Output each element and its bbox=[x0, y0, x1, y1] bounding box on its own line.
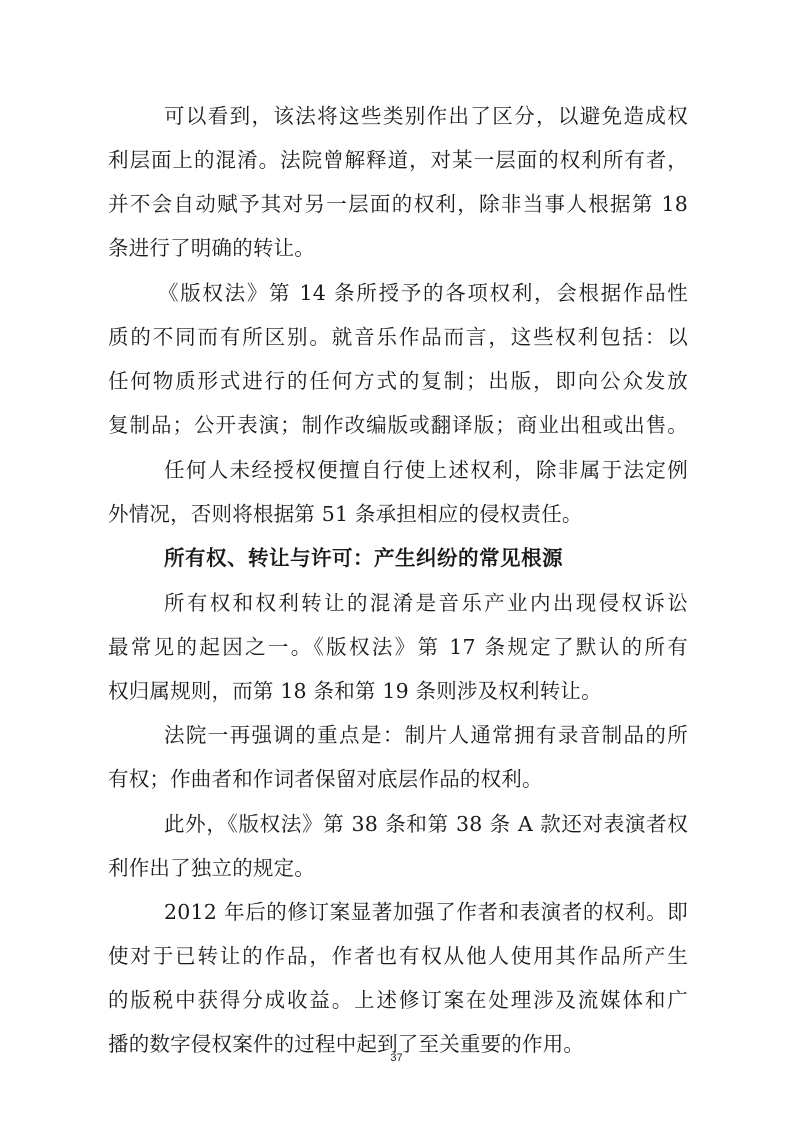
section-heading: 所有权、转让与许可：产生纠纷的常见根源 bbox=[164, 544, 688, 572]
paragraph-line: 质的不同而有所区别。就音乐作品而言，这些权利包括：以 bbox=[108, 323, 688, 351]
paragraph-line: 复制品；公开表演；制作改编版或翻译版；商业出租或出售。 bbox=[108, 411, 688, 439]
paragraph-line: 所有权和权利转让的混淆是音乐产业内出现侵权诉讼 bbox=[164, 589, 688, 617]
paragraph-line: 利作出了独立的规定。 bbox=[108, 854, 688, 882]
paragraph-line: 利层面上的混淆。法院曾解释道，对某一层面的权利所有者， bbox=[108, 146, 688, 174]
paragraph-line: 任何物质形式进行的任何方式的复制；出版，即向公众发放 bbox=[108, 367, 688, 395]
paragraph-line: 最常见的起因之一。《版权法》第 17 条规定了默认的所有 bbox=[108, 633, 688, 661]
document-page: 可以看到，该法将这些类别作出了区分，以避免造成权 利层面上的混淆。法院曾解释道，… bbox=[0, 0, 793, 1122]
paragraph-line: 条进行了明确的转让。 bbox=[108, 234, 688, 262]
paragraph-line: 法院一再强调的重点是：制片人通常拥有录音制品的所 bbox=[164, 721, 688, 749]
page-number: 37 bbox=[0, 1052, 793, 1064]
paragraph-line: 《版权法》第 14 条所授予的各项权利，会根据作品性 bbox=[158, 279, 688, 307]
paragraph-line: 任何人未经授权便擅自行使上述权利，除非属于法定例 bbox=[164, 456, 688, 484]
paragraph-line: 权归属规则，而第 18 条和第 19 条则涉及权利转让。 bbox=[108, 677, 688, 705]
paragraph-line: 并不会自动赋予其对另一层面的权利，除非当事人根据第 18 bbox=[108, 190, 688, 218]
paragraph-line: 使对于已转让的作品，作者也有权从他人使用其作品所产生 bbox=[108, 942, 688, 970]
paragraph-line: 2012 年后的修订案显著加强了作者和表演者的权利。即 bbox=[164, 898, 688, 926]
paragraph-line: 此外，《版权法》第 38 条和第 38 条 A 款还对表演者权 bbox=[164, 810, 688, 838]
paragraph-line: 外情况，否则将根据第 51 条承担相应的侵权责任。 bbox=[108, 500, 688, 528]
paragraph-line: 有权；作曲者和作词者保留对底层作品的权利。 bbox=[108, 765, 688, 793]
paragraph-line: 的版税中获得分成收益。上述修订案在处理涉及流媒体和广 bbox=[108, 986, 688, 1014]
paragraph-line: 可以看到，该法将这些类别作出了区分，以避免造成权 bbox=[164, 102, 688, 130]
